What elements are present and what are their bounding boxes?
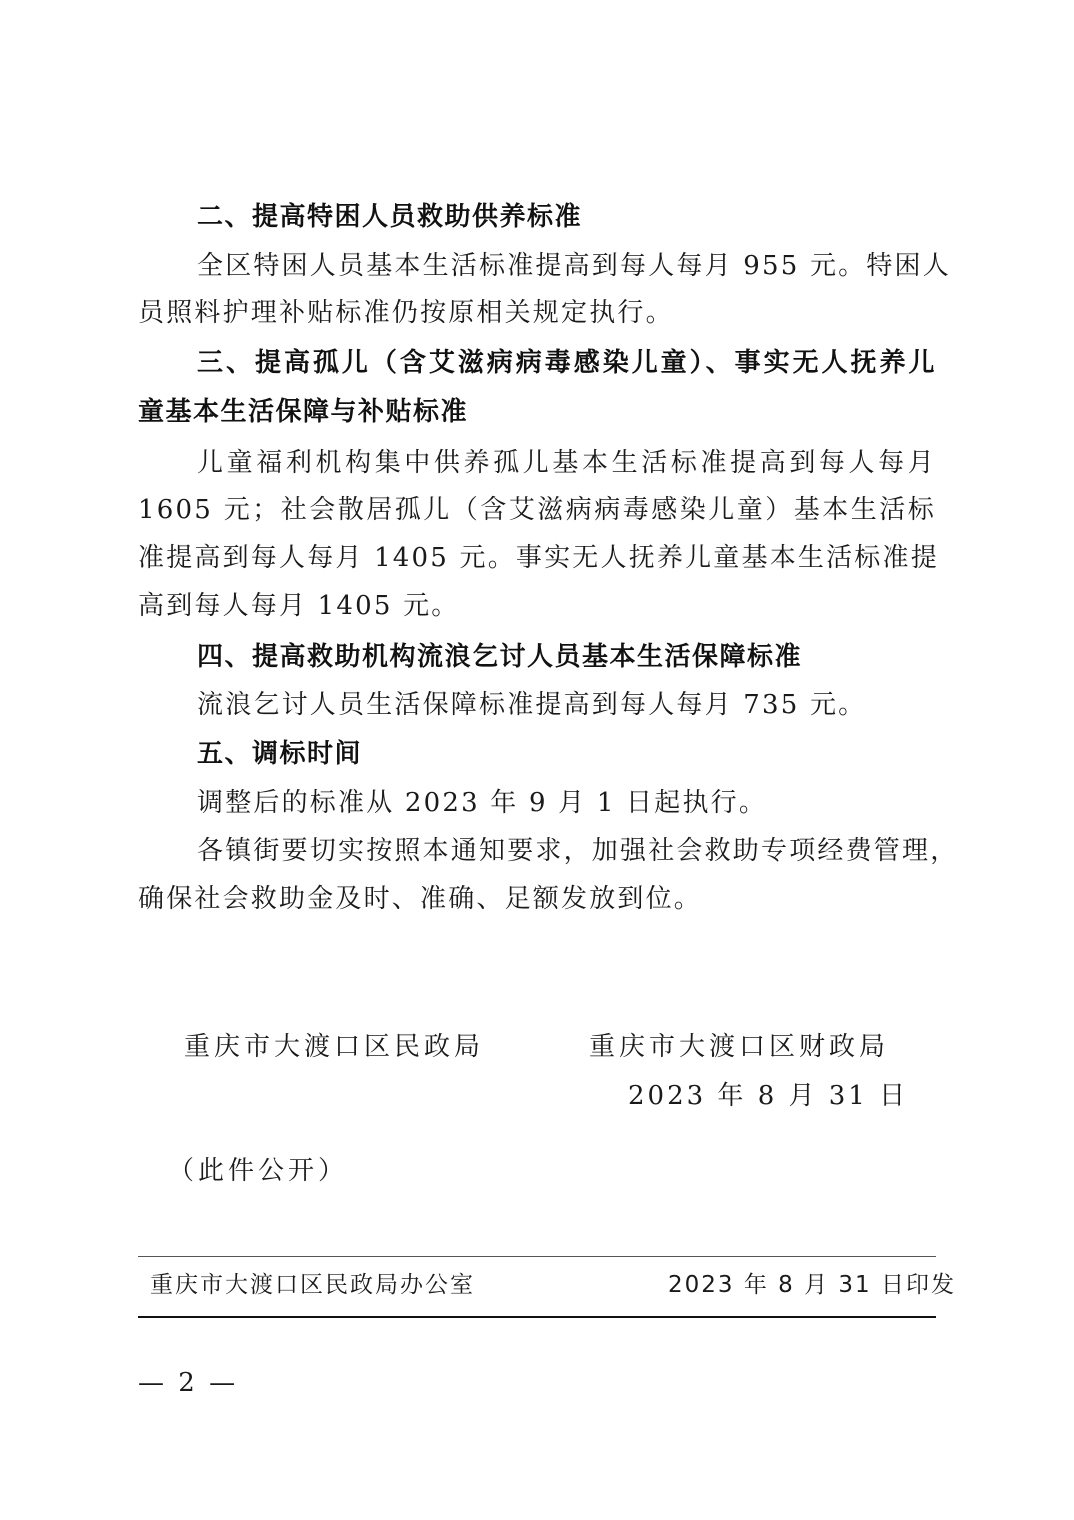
signature-civil-affairs-bureau: 重庆市大渡口区民政局 (184, 1030, 484, 1064)
section-3-paragraph-line-2: 1605 元；社会散居孤儿（含艾滋病病毒感染儿童）基本生活标 (138, 493, 936, 527)
signature-finance-bureau: 重庆市大渡口区财政局 (589, 1030, 889, 1064)
section-5-paragraph-line-1: 调整后的标准从 2023 年 9 月 1 日起执行。 (197, 786, 997, 820)
section-3-paragraph-line-4: 高到每人每月 1405 元。 (138, 589, 938, 623)
section-3-paragraph-line-1: 儿童福利机构集中供养孤儿基本生活标准提高到每人每月 (197, 446, 936, 480)
disclosure-note: （此件公开） (168, 1154, 348, 1188)
closing-paragraph-line-2: 确保社会救助金及时、准确、足额发放到位。 (138, 882, 938, 916)
document-page: 二、提高特困人员救助供养标准 全区特困人员基本生活标准提高到每人每月 955 元… (0, 0, 1074, 1520)
section-heading-4: 四、提高救助机构流浪乞讨人员基本生活保障标准 (197, 640, 997, 674)
signature-date: 2023 年 8 月 31 日 (628, 1079, 908, 1113)
section-heading-3-line-1: 三、提高孤儿（含艾滋病病毒感染儿童）、事实无人抚养儿 (197, 346, 936, 380)
section-2-paragraph-line-1: 全区特困人员基本生活标准提高到每人每月 955 元。特困人 (197, 249, 936, 283)
section-heading-5: 五、调标时间 (197, 737, 997, 771)
closing-paragraph-line-1: 各镇街要切实按照本通知要求，加强社会救助专项经费管理， (197, 834, 942, 868)
footer-issuer: 重庆市大渡口区民政局办公室 (150, 1268, 475, 1302)
footer-issue-date: 2023 年 8 月 31 日印发 (668, 1268, 956, 1302)
section-3-paragraph-line-3: 准提高到每人每月 1405 元。事实无人抚养儿童基本生活标准提 (138, 541, 936, 575)
footer-bottom-rule (138, 1316, 936, 1318)
footer-top-rule (138, 1256, 936, 1257)
section-4-paragraph-line-1: 流浪乞讨人员生活保障标准提高到每人每月 735 元。 (197, 688, 997, 722)
section-2-paragraph-line-2: 员照料护理补贴标准仍按原相关规定执行。 (138, 296, 938, 330)
section-heading-3-line-2: 童基本生活保障与补贴标准 (138, 395, 938, 429)
section-heading-2: 二、提高特困人员救助供养标准 (197, 200, 997, 234)
page-number: — 2 — (138, 1366, 238, 1400)
